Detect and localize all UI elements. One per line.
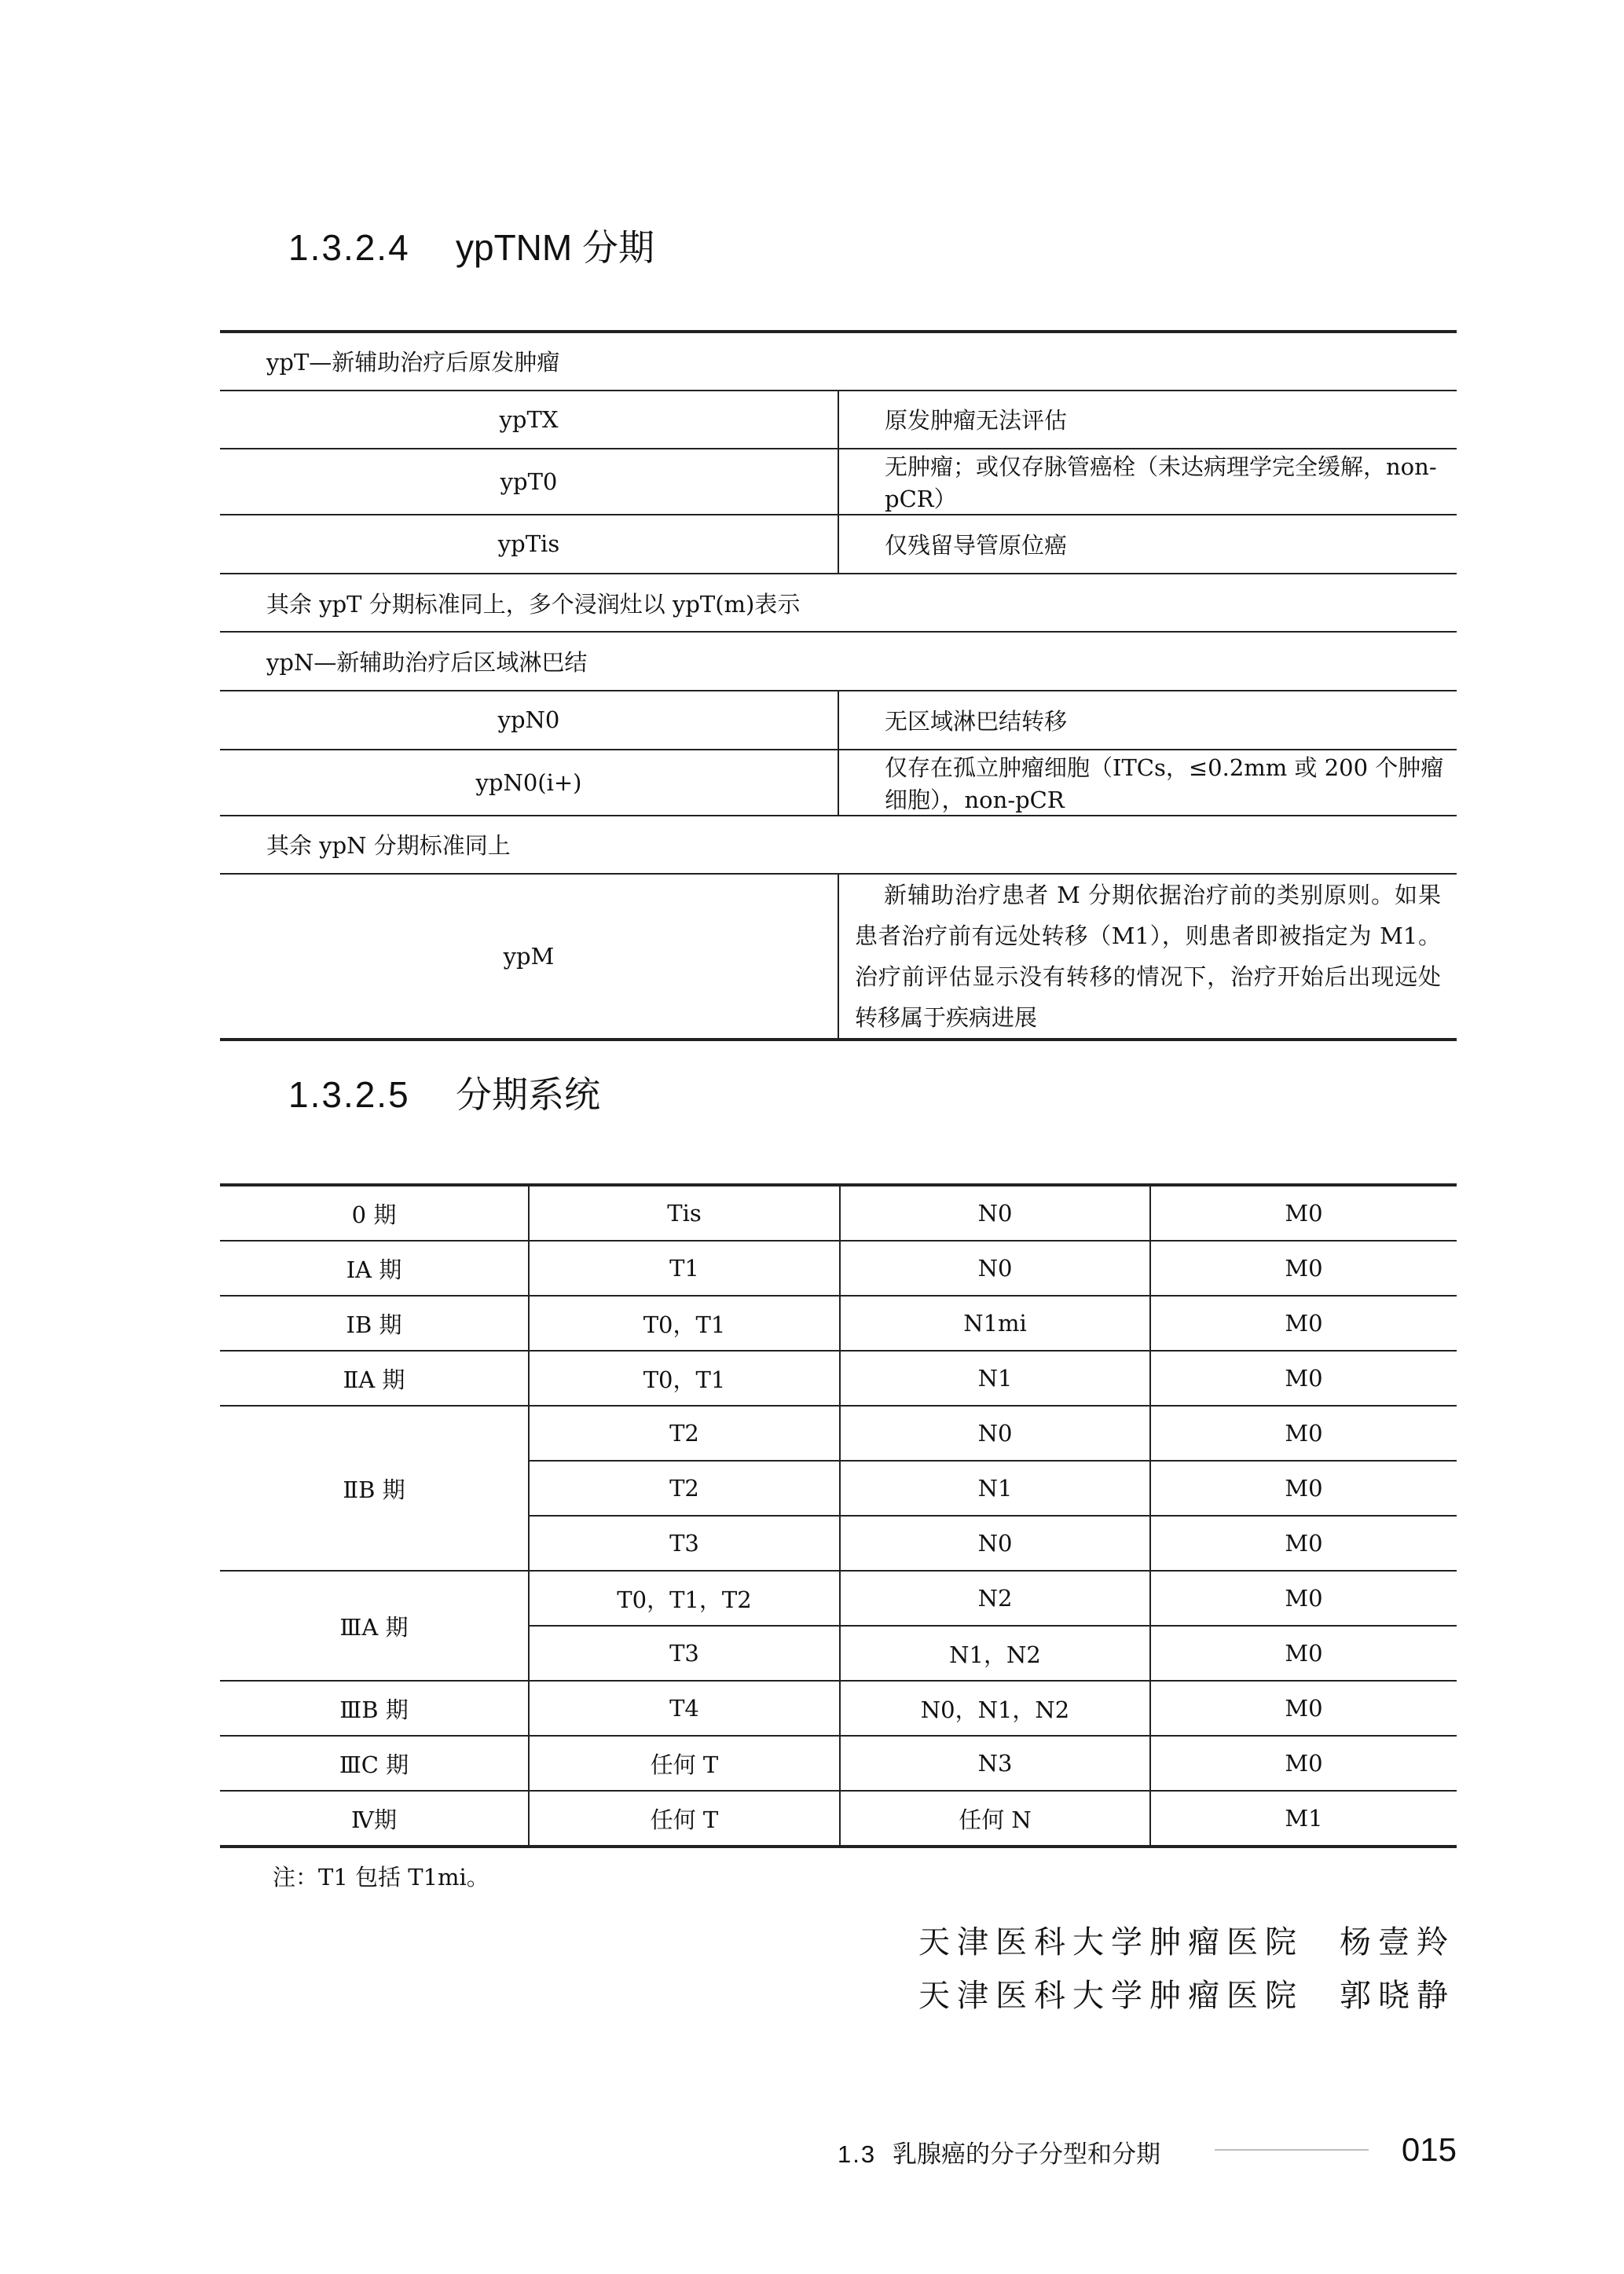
cell-value: 仅存在孤立肿瘤细胞（ITCs，≤0.2mm 或 200 个肿瘤细胞），non-p… [838,750,1457,816]
staging-table: 0 期 Tis N0 M0 ⅠA 期 T1 N0 M0 ⅠB 期 T0，T1 N… [220,1183,1457,1848]
cell-t: T2 [529,1461,840,1516]
table-row: ypN—新辅助治疗后区域淋巴结 [220,632,1457,691]
cell-stage: 0 期 [220,1185,529,1241]
cell-t: T4 [529,1681,840,1736]
cell-n: 任何 N [840,1791,1150,1847]
cell-stage: ⅢC 期 [220,1736,529,1791]
row-note-ypn: 其余 ypN 分期标准同上 [220,816,1457,875]
author-name: 杨壹羚 [1340,1924,1455,1960]
cell-stage: ⅢB 期 [220,1681,529,1736]
footer-divider [1215,2149,1369,2151]
table-row: ypN0 无区域淋巴结转移 [220,691,1457,750]
cell-stage: Ⅳ期 [220,1791,529,1847]
table-row: ypT—新辅助治疗后原发肿瘤 [220,332,1457,391]
cell-key: ypM [220,874,838,1040]
cell-m: M0 [1150,1626,1457,1681]
cell-value-paragraph: 新辅助治疗患者 M 分期依据治疗前的类别原则。如果患者治疗前有远处转移（M1），… [838,874,1457,1040]
footer-chapter-title: 乳腺癌的分子分型和分期 [893,2140,1160,2168]
section-heading-staging: 1.3.2.5分期系统 [288,1076,600,1113]
table-row: ypM 新辅助治疗患者 M 分期依据治疗前的类别原则。如果患者治疗前有远处转移（… [220,874,1457,1040]
author-signature: 天津医科大学肿瘤医院郭晓静 [918,1971,1455,2015]
cell-n: N1 [840,1351,1150,1406]
cell-n: N0，N1，N2 [840,1681,1150,1736]
table-row: 其余 ypN 分期标准同上 [220,816,1457,875]
page-number: 015 [1402,2131,1457,2169]
cell-m: M0 [1150,1681,1457,1736]
cell-t: T3 [529,1516,840,1571]
cell-stage: ⅢA 期 [220,1571,529,1681]
cell-stage: ⅡA 期 [220,1351,529,1406]
cell-t: 任何 T [529,1791,840,1847]
ypm-description: 新辅助治疗患者 M 分期依据治疗前的类别原则。如果患者治疗前有远处转移（M1），… [855,882,1441,1031]
cell-stage: ⅠB 期 [220,1296,529,1351]
cell-value: 原发肿瘤无法评估 [838,391,1457,449]
cell-n: N0 [840,1516,1150,1571]
table-row: 其余 ypT 分期标准同上，多个浸润灶以 ypT(m)表示 [220,574,1457,633]
cell-m: M0 [1150,1406,1457,1461]
table-row: ⅠA 期 T1 N0 M0 [220,1241,1457,1296]
cell-n: N1mi [840,1296,1150,1351]
footer-chapter-number: 1.3 [838,2140,893,2169]
cell-n: N0 [840,1406,1150,1461]
cell-t: Tis [529,1185,840,1241]
footer-chapter: 1.3乳腺癌的分子分型和分期 [838,2134,1160,2169]
table-row: ypTX 原发肿瘤无法评估 [220,391,1457,449]
table-row: ypTis 仅残留导管原位癌 [220,515,1457,574]
cell-m: M0 [1150,1736,1457,1791]
row-header-ypt: ypT—新辅助治疗后原发肿瘤 [220,332,1457,391]
table-row: ⅠB 期 T0，T1 N1mi M0 [220,1296,1457,1351]
cell-n: N1，N2 [840,1626,1150,1681]
author-institution: 天津医科大学肿瘤医院 [918,1978,1303,2014]
author-name: 郭晓静 [1340,1978,1455,2014]
cell-n: N0 [840,1185,1150,1241]
cell-t: T3 [529,1626,840,1681]
table-row: ypN0(i+) 仅存在孤立肿瘤细胞（ITCs，≤0.2mm 或 200 个肿瘤… [220,750,1457,816]
cell-value: 无肿瘤；或仅存脉管癌栓（未达病理学完全缓解，non-pCR） [838,449,1457,515]
cell-n: N0 [840,1241,1150,1296]
cell-t: T1 [529,1241,840,1296]
row-note-ypt: 其余 ypT 分期标准同上，多个浸润灶以 ypT(m)表示 [220,574,1457,633]
cell-m: M0 [1150,1351,1457,1406]
cell-key: ypTis [220,515,838,574]
cell-t: T0，T1 [529,1296,840,1351]
cell-t: 任何 T [529,1736,840,1791]
page-footer: 1.3乳腺癌的分子分型和分期 015 [838,2131,1457,2166]
cell-key: ypN0 [220,691,838,750]
cell-n: N3 [840,1736,1150,1791]
author-institution: 天津医科大学肿瘤医院 [918,1924,1303,1960]
table-row: ⅡB 期 T2 N0 M0 [220,1406,1457,1461]
section-number: 1.3.2.5 [288,1076,456,1113]
table-row: ⅢC 期 任何 T N3 M0 [220,1736,1457,1791]
author-signature: 天津医科大学肿瘤医院杨壹羚 [918,1917,1455,1962]
cell-stage: ⅠA 期 [220,1241,529,1296]
cell-m: M1 [1150,1791,1457,1847]
cell-n: N2 [840,1571,1150,1626]
cell-m: M0 [1150,1296,1457,1351]
cell-t: T0，T1 [529,1351,840,1406]
cell-m: M0 [1150,1185,1457,1241]
row-header-ypn: ypN—新辅助治疗后区域淋巴结 [220,632,1457,691]
cell-key: ypN0(i+) [220,750,838,816]
table-row: 0 期 Tis N0 M0 [220,1185,1457,1241]
table-note: 注：T1 包括 T1mi。 [273,1860,489,1892]
section-number: 1.3.2.4 [288,229,456,266]
cell-key: ypT0 [220,449,838,515]
cell-t: T2 [529,1406,840,1461]
table-row: ypT0 无肿瘤；或仅存脉管癌栓（未达病理学完全缓解，non-pCR） [220,449,1457,515]
yptnm-table: ypT—新辅助治疗后原发肿瘤 ypTX 原发肿瘤无法评估 ypT0 无肿瘤；或仅… [220,330,1457,1041]
cell-n: N1 [840,1461,1150,1516]
cell-stage: ⅡB 期 [220,1406,529,1571]
table-row: ⅢA 期 T0，T1，T2 N2 M0 [220,1571,1457,1626]
cell-m: M0 [1150,1241,1457,1296]
section-title: ypTNM 分期 [456,227,654,268]
cell-m: M0 [1150,1461,1457,1516]
cell-value: 仅残留导管原位癌 [838,515,1457,574]
cell-t: T0，T1，T2 [529,1571,840,1626]
cell-key: ypTX [220,391,838,449]
table-row: Ⅳ期 任何 T 任何 N M1 [220,1791,1457,1847]
section-title: 分期系统 [456,1074,600,1115]
table-row: ⅢB 期 T4 N0，N1，N2 M0 [220,1681,1457,1736]
cell-m: M0 [1150,1571,1457,1626]
cell-m: M0 [1150,1516,1457,1571]
table-row: ⅡA 期 T0，T1 N1 M0 [220,1351,1457,1406]
section-heading-yptnm: 1.3.2.4ypTNM 分期 [288,229,654,266]
cell-value: 无区域淋巴结转移 [838,691,1457,750]
